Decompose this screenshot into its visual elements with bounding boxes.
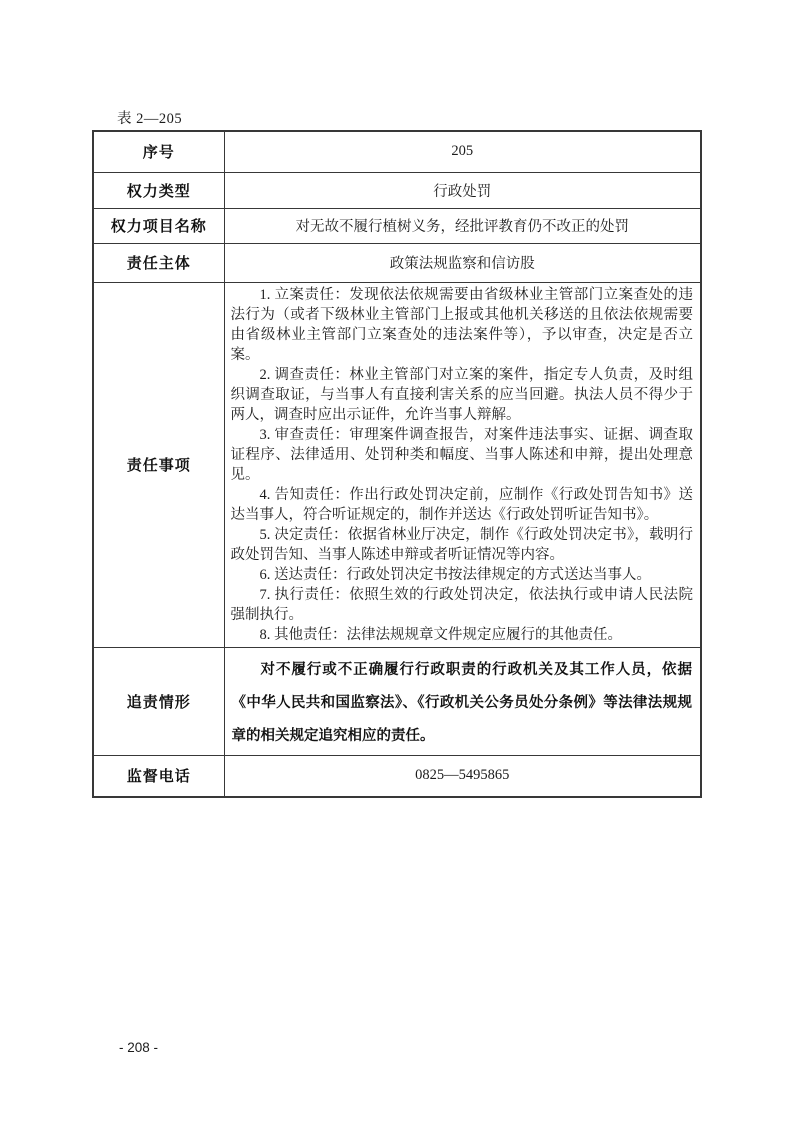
table-row: 责任主体 政策法规监察和信访股 — [93, 243, 701, 282]
table-row: 追责情形 对不履行或不正确履行行政职责的行政机关及其工作人员，依据《中华人民共和… — [93, 647, 701, 755]
duty-item-3: 3. 审查责任：审理案件调查报告，对案件违法事实、证据、调查取证程序、法律适用、… — [231, 425, 694, 485]
row-value-supervision-phone: 0825—5495865 — [224, 755, 701, 797]
page-number: - 208 - — [119, 1040, 158, 1055]
power-item-table: 序号 205 权力类型 行政处罚 权力项目名称 对无故不履行植树义务，经批评教育… — [92, 130, 702, 798]
duty-item-2: 2. 调查责任：林业主管部门对立案的案件，指定专人负责，及时组织调查取证，与当事… — [231, 365, 694, 425]
row-label-accountability: 追责情形 — [93, 647, 224, 755]
table-caption: 表 2—205 — [117, 107, 182, 128]
row-value-power-item-name: 对无故不履行植树义务，经批评教育仍不改正的处罚 — [224, 208, 701, 243]
table-row: 监督电话 0825—5495865 — [93, 755, 701, 797]
row-label-duty-items: 责任事项 — [93, 282, 224, 647]
row-label-responsible-body: 责任主体 — [93, 243, 224, 282]
duty-item-7: 7. 执行责任：依照生效的行政处罚决定，依法执行或申请人民法院强制执行。 — [231, 585, 694, 625]
table-row: 权力项目名称 对无故不履行植树义务，经批评教育仍不改正的处罚 — [93, 208, 701, 243]
duty-item-8: 8. 其他责任：法律法规规章文件规定应履行的其他责任。 — [231, 625, 694, 645]
row-label-power-type: 权力类型 — [93, 172, 224, 208]
row-value-serial-number: 205 — [224, 131, 701, 172]
row-value-duty-items: 1. 立案责任：发现依法依规需要由省级林业主管部门立案查处的违法行为（或者下级林… — [224, 282, 701, 647]
duty-item-5: 5. 决定责任：依据省林业厅决定，制作《行政处罚决定书》，载明行政处罚告知、当事… — [231, 525, 694, 565]
duty-item-6: 6. 送达责任：行政处罚决定书按法律规定的方式送达当事人。 — [231, 565, 694, 585]
document-page: 表 2—205 序号 205 权力类型 行政处罚 权力项目名称 对无故不履行植树… — [0, 0, 793, 1122]
row-value-responsible-body: 政策法规监察和信访股 — [224, 243, 701, 282]
table-row: 权力类型 行政处罚 — [93, 172, 701, 208]
table-row: 责任事项 1. 立案责任：发现依法依规需要由省级林业主管部门立案查处的违法行为（… — [93, 282, 701, 647]
table-row: 序号 205 — [93, 131, 701, 172]
accountability-text: 对不履行或不正确履行行政职责的行政机关及其工作人员，依据《中华人民共和国监察法》… — [232, 654, 693, 753]
row-value-power-type: 行政处罚 — [224, 172, 701, 208]
row-label-power-item-name: 权力项目名称 — [93, 208, 224, 243]
duty-item-1: 1. 立案责任：发现依法依规需要由省级林业主管部门立案查处的违法行为（或者下级林… — [231, 285, 694, 365]
row-value-accountability: 对不履行或不正确履行行政职责的行政机关及其工作人员，依据《中华人民共和国监察法》… — [224, 647, 701, 755]
duty-item-4: 4. 告知责任：作出行政处罚决定前，应制作《行政处罚告知书》送达当事人，符合听证… — [231, 485, 694, 525]
row-label-serial-number: 序号 — [93, 131, 224, 172]
row-label-supervision-phone: 监督电话 — [93, 755, 224, 797]
